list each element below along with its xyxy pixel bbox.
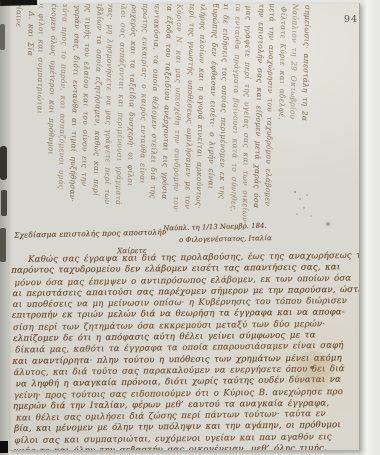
page-number: 94 — [344, 14, 358, 25]
dark-speck — [310, 366, 314, 369]
scanner-light-band — [362, 0, 376, 455]
binding-mark — [0, 146, 7, 180]
manuscript-scan: 94 σημείωσις· απεστάλη τη 2αΝαύπλιον τη … — [0, 0, 380, 455]
letter-body: Καθώς σας έγραψα και διά της προλαβούσης… — [12, 251, 356, 451]
ink-specks — [294, 191, 296, 193]
cross-writing-lines: σημείωσις· απεστάλη τη 2αΝαύπλιον τη 29 … — [14, 4, 313, 234]
bottom-left-black-mark — [0, 441, 8, 453]
binding-mark — [0, 228, 6, 262]
recipient-line: ο Φιλογενέστατος, Ιταλία — [179, 234, 272, 244]
top-left-black-bar — [0, 0, 37, 6]
draft-heading: Σχεδίασμα επιστολής προς αποστολήν — [14, 227, 167, 239]
paper-stain — [292, 351, 334, 395]
small-speck — [326, 222, 330, 226]
binding-edge — [0, 0, 9, 455]
binding-mark — [1, 190, 7, 216]
letter-page: 94 σημείωσις· απεστάλη τη 2αΝαύπλιον τη … — [8, 3, 360, 451]
binding-mark — [0, 24, 5, 50]
cross-writing-block: σημείωσις· απεστάλη τη 2αΝαύπλιον τη 29 … — [14, 4, 314, 234]
